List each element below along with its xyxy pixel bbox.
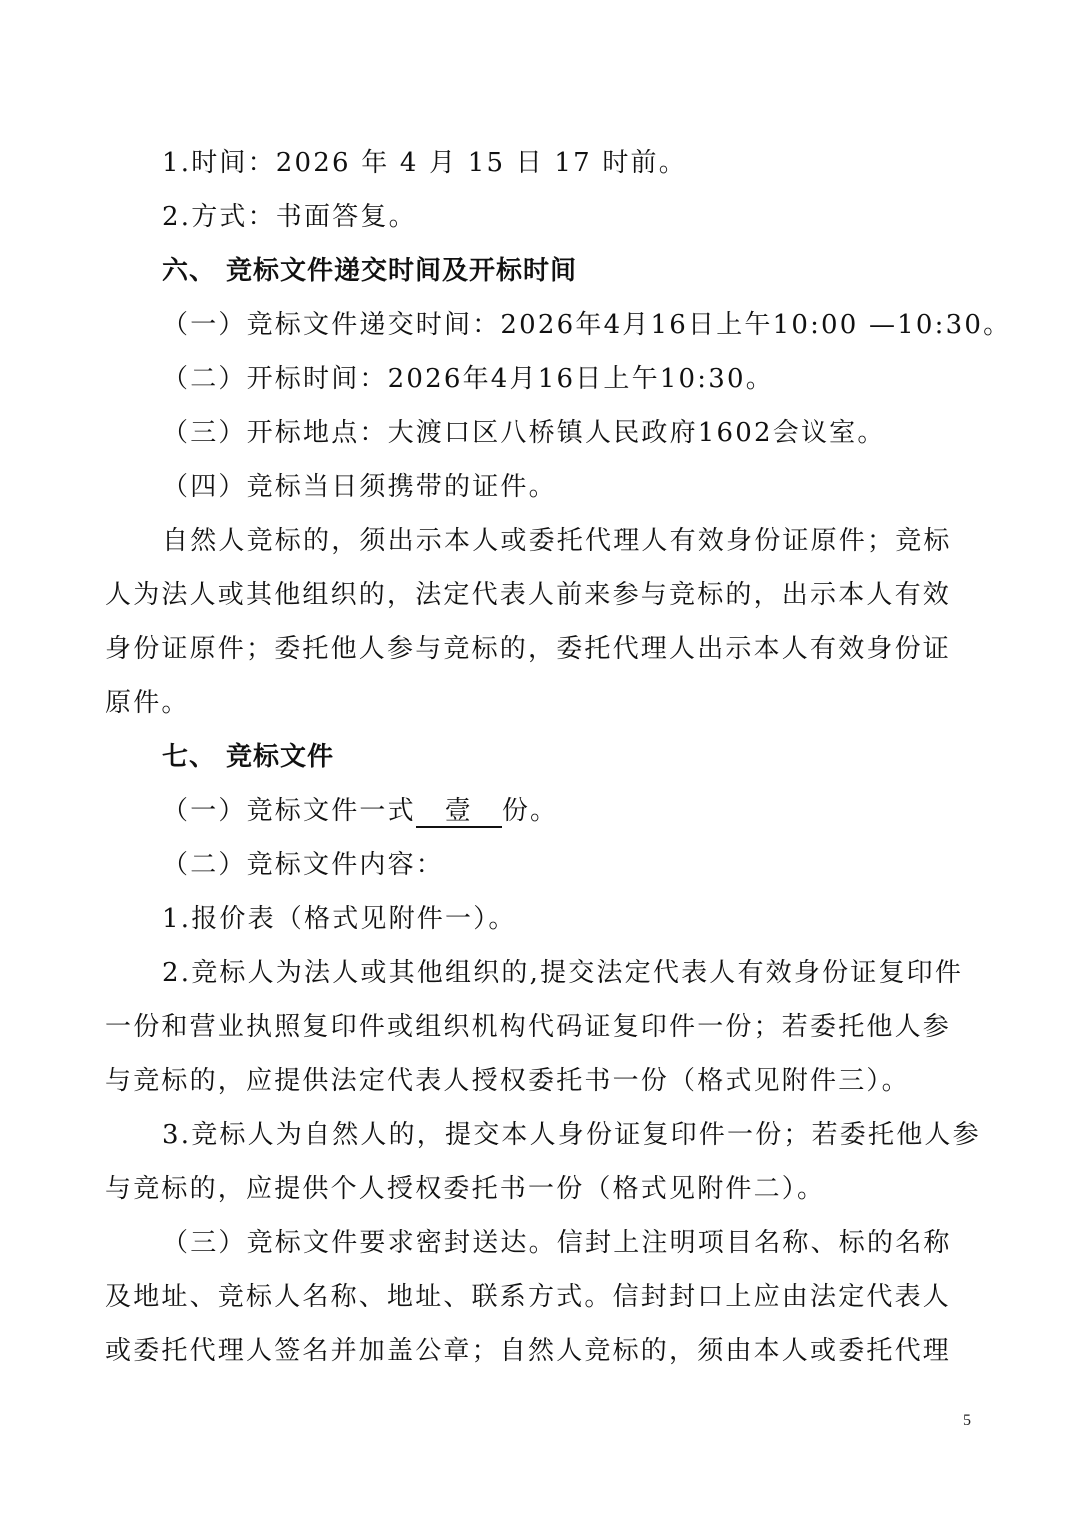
contents-label: （二）竞标文件内容： [105,838,975,892]
section-six-heading: 六、 竞标文件递交时间及开标时间 [105,244,975,298]
paragraph-line: 一份和营业执照复印件或组织机构代码证复印件一份；若委托他人参 [105,1000,975,1054]
paragraph-line: 2.竞标人为法人或其他组织的,提交法定代表人有效身份证复印件 [105,946,975,1000]
document-body: 1.时间：2026 年 4 月 15 日 17 时前。 2.方式：书面答复。 六… [105,136,975,1378]
submission-time-line: （一）竞标文件递交时间：2026年4月16日上午10:00 —10:30。 [105,298,975,352]
item-natural-person-paragraph: 3.竞标人为自然人的，提交本人身份证复印件一份；若委托他人参 与竞标的，应提供个… [105,1108,975,1216]
copies-line: （一）竞标文件一式壹份。 [105,784,975,838]
item-legal-entity-paragraph: 2.竞标人为法人或其他组织的,提交法定代表人有效身份证复印件 一份和营业执照复印… [105,946,975,1108]
sealing-requirements-paragraph: （三）竞标文件要求密封送达。信封上注明项目名称、标的名称 及地址、竞标人名称、地… [105,1216,975,1378]
paragraph-line: 原件。 [105,676,975,730]
paragraph-line: （三）竞标文件要求密封送达。信封上注明项目名称、标的名称 [105,1216,975,1270]
paragraph-line: 或委托代理人签名并加盖公章；自然人竞标的，须由本人或委托代理 [105,1324,975,1378]
reply-method-line: 2.方式：书面答复。 [105,190,975,244]
opening-time-line: （二）开标时间：2026年4月16日上午10:30。 [105,352,975,406]
paragraph-line: 与竞标的，应提供个人授权委托书一份（格式见附件二）。 [105,1162,975,1216]
section-seven-heading: 七、 竞标文件 [105,730,975,784]
required-documents-line: （四）竞标当日须携带的证件。 [105,460,975,514]
copies-suffix: 份。 [502,796,558,826]
paragraph-line: 与竞标的，应提供法定代表人授权委托书一份（格式见附件三）。 [105,1054,975,1108]
opening-location-line: （三）开标地点：大渡口区八桥镇人民政府1602会议室。 [105,406,975,460]
paragraph-line: 3.竞标人为自然人的，提交本人身份证复印件一份；若委托他人参 [105,1108,975,1162]
copies-prefix: （一）竞标文件一式 [162,796,416,826]
reply-time-line: 1.时间：2026 年 4 月 15 日 17 时前。 [105,136,975,190]
id-requirements-paragraph: 自然人竞标的，须出示本人或委托代理人有效身份证原件；竞标 人为法人或其他组织的，… [105,514,975,730]
copies-value-blank: 壹 [416,796,502,828]
paragraph-line: 人为法人或其他组织的，法定代表人前来参与竞标的，出示本人有效 [105,568,975,622]
paragraph-line: 及地址、竞标人名称、地址、联系方式。信封封口上应由法定代表人 [105,1270,975,1324]
paragraph-line: 身份证原件；委托他人参与竞标的，委托代理人出示本人有效身份证 [105,622,975,676]
page-number: 5 [963,1412,971,1430]
item-quote-form: 1.报价表（格式见附件一）。 [105,892,975,946]
paragraph-line: 自然人竞标的，须出示本人或委托代理人有效身份证原件；竞标 [105,514,975,568]
document-page: 1.时间：2026 年 4 月 15 日 17 时前。 2.方式：书面答复。 六… [0,0,1074,1520]
